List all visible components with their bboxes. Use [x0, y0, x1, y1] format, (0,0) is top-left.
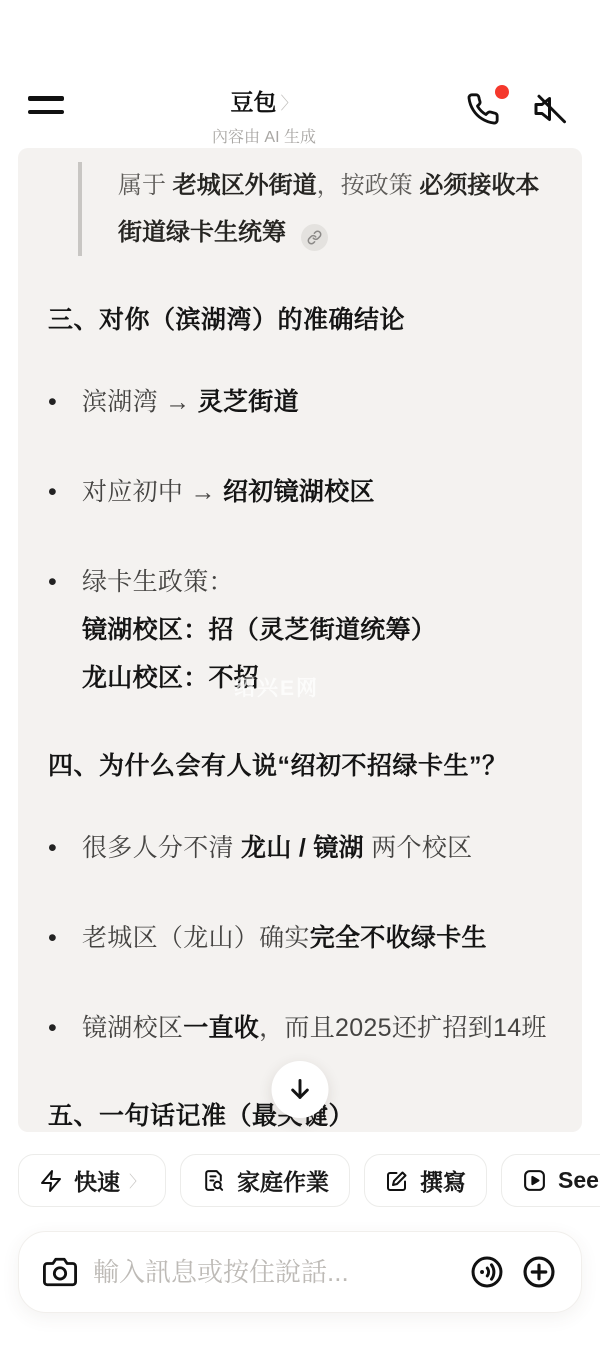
scroll-to-bottom-button[interactable] [272, 1061, 329, 1118]
chip-label: 家庭作業 [237, 1164, 329, 1197]
sound-off-icon [533, 91, 569, 127]
bullet-marker: • [48, 378, 82, 426]
voice-mode-icon[interactable] [469, 1254, 505, 1290]
bullet-marker: • [48, 558, 82, 702]
ai-disclaimer: 內容由 AI 生成 [212, 124, 316, 147]
voice-call-button[interactable] [464, 90, 502, 128]
chip-label: Seedance 2 [558, 1167, 600, 1194]
item-bold: 绍初镜湖校区 [223, 478, 375, 506]
chip-label: 撰寫 [420, 1164, 466, 1197]
play-icon [522, 1168, 547, 1193]
section-heading-3: 三、对你（滨湖湾）的准确结论 [48, 300, 552, 336]
quote-bold: 街道绿卡生统筹 [118, 219, 286, 246]
lightning-icon [39, 1169, 63, 1193]
chip-compose[interactable]: 撰寫 [364, 1154, 487, 1207]
phone-icon [466, 92, 500, 126]
mute-toggle-button[interactable] [532, 90, 570, 128]
item-text: 镜湖校区 [82, 1014, 183, 1042]
item-text: 滨湖湾 → [82, 388, 198, 416]
chip-seedance[interactable]: Seedance 2 [501, 1154, 600, 1207]
item-bold: 龙山 / 镜湖 [241, 834, 364, 862]
chip-homework[interactable]: 家庭作業 [180, 1154, 350, 1207]
quote-text: ，按政策 [317, 172, 420, 199]
quick-action-bar: 快速 〉 家庭作業 撰寫 Seedance 2 [18, 1154, 600, 1207]
blockquote: 属于 老城区外街道，按政策 必须接收本 街道绿卡生统筹 [78, 162, 552, 256]
list-item: • 老城区（龙山）确实完全不收绿卡生 [48, 914, 552, 962]
item-bold: 龙山校区：不招 [82, 664, 259, 692]
notification-dot [495, 85, 509, 99]
item-bold: 一直收 [183, 1014, 259, 1042]
message-input-bar [18, 1231, 582, 1313]
top-bar: 豆包 〉 內容由 AI 生成 [0, 0, 600, 148]
item-text: 对应初中 → [82, 478, 223, 506]
message-input[interactable] [93, 1257, 453, 1288]
camera-icon[interactable] [43, 1255, 77, 1289]
compose-icon [385, 1169, 409, 1193]
list-item: • 很多人分不清 龙山 / 镜湖 两个校区 [48, 824, 552, 872]
bullet-marker: • [48, 468, 82, 516]
item-text: ，而且2025还扩招到14班 [259, 1014, 547, 1042]
menu-icon[interactable] [28, 96, 64, 123]
chevron-right-icon: 〉 [129, 1169, 145, 1192]
list-item: • 绿卡生政策： 镜湖校区：招（灵芝街道统筹） 龙山校区：不招 [48, 558, 552, 702]
arrow-down-icon [287, 1076, 314, 1103]
quote-text: 属于 [118, 172, 173, 199]
item-bold: 灵芝街道 [198, 388, 299, 416]
item-bold: 完全不收绿卡生 [310, 924, 487, 952]
plus-icon[interactable] [521, 1254, 557, 1290]
item-text: 两个校区 [364, 834, 472, 862]
homework-icon [201, 1168, 226, 1193]
chevron-right-icon: 〉 [280, 89, 297, 114]
list-item: • 镜湖校区一直收，而且2025还扩招到14班 [48, 1004, 552, 1052]
quote-bold: 必须接收本 [419, 172, 539, 199]
item-text: 很多人分不清 [82, 834, 241, 862]
item-bold: 镜湖校区：招（灵芝街道统筹） [82, 616, 436, 644]
chip-label: 快速 [74, 1164, 120, 1197]
bullet-marker: • [48, 824, 82, 872]
page-title: 豆包 [230, 84, 276, 117]
list-item: • 对应初中 → 绍初镜湖校区 [48, 468, 552, 516]
list-item: • 滨湖湾 → 灵芝街道 [48, 378, 552, 426]
chat-header[interactable]: 豆包 〉 內容由 AI 生成 [212, 84, 316, 147]
bullet-marker: • [48, 1004, 82, 1052]
section-heading-4: 四、为什么会有人说“绍初不招绿卡生”？ [48, 746, 552, 782]
bullet-marker: • [48, 914, 82, 962]
item-text: 绿卡生政策： [82, 568, 234, 596]
chip-quick[interactable]: 快速 〉 [18, 1154, 166, 1207]
item-text: 老城区（龙山）确实 [82, 924, 310, 952]
citation-link[interactable] [301, 224, 328, 251]
quote-bold: 老城区外街道 [173, 172, 317, 199]
assistant-message: 属于 老城区外街道，按政策 必须接收本 街道绿卡生统筹 三、对你（滨湖湾）的准确… [18, 148, 582, 1132]
link-icon [307, 230, 322, 245]
